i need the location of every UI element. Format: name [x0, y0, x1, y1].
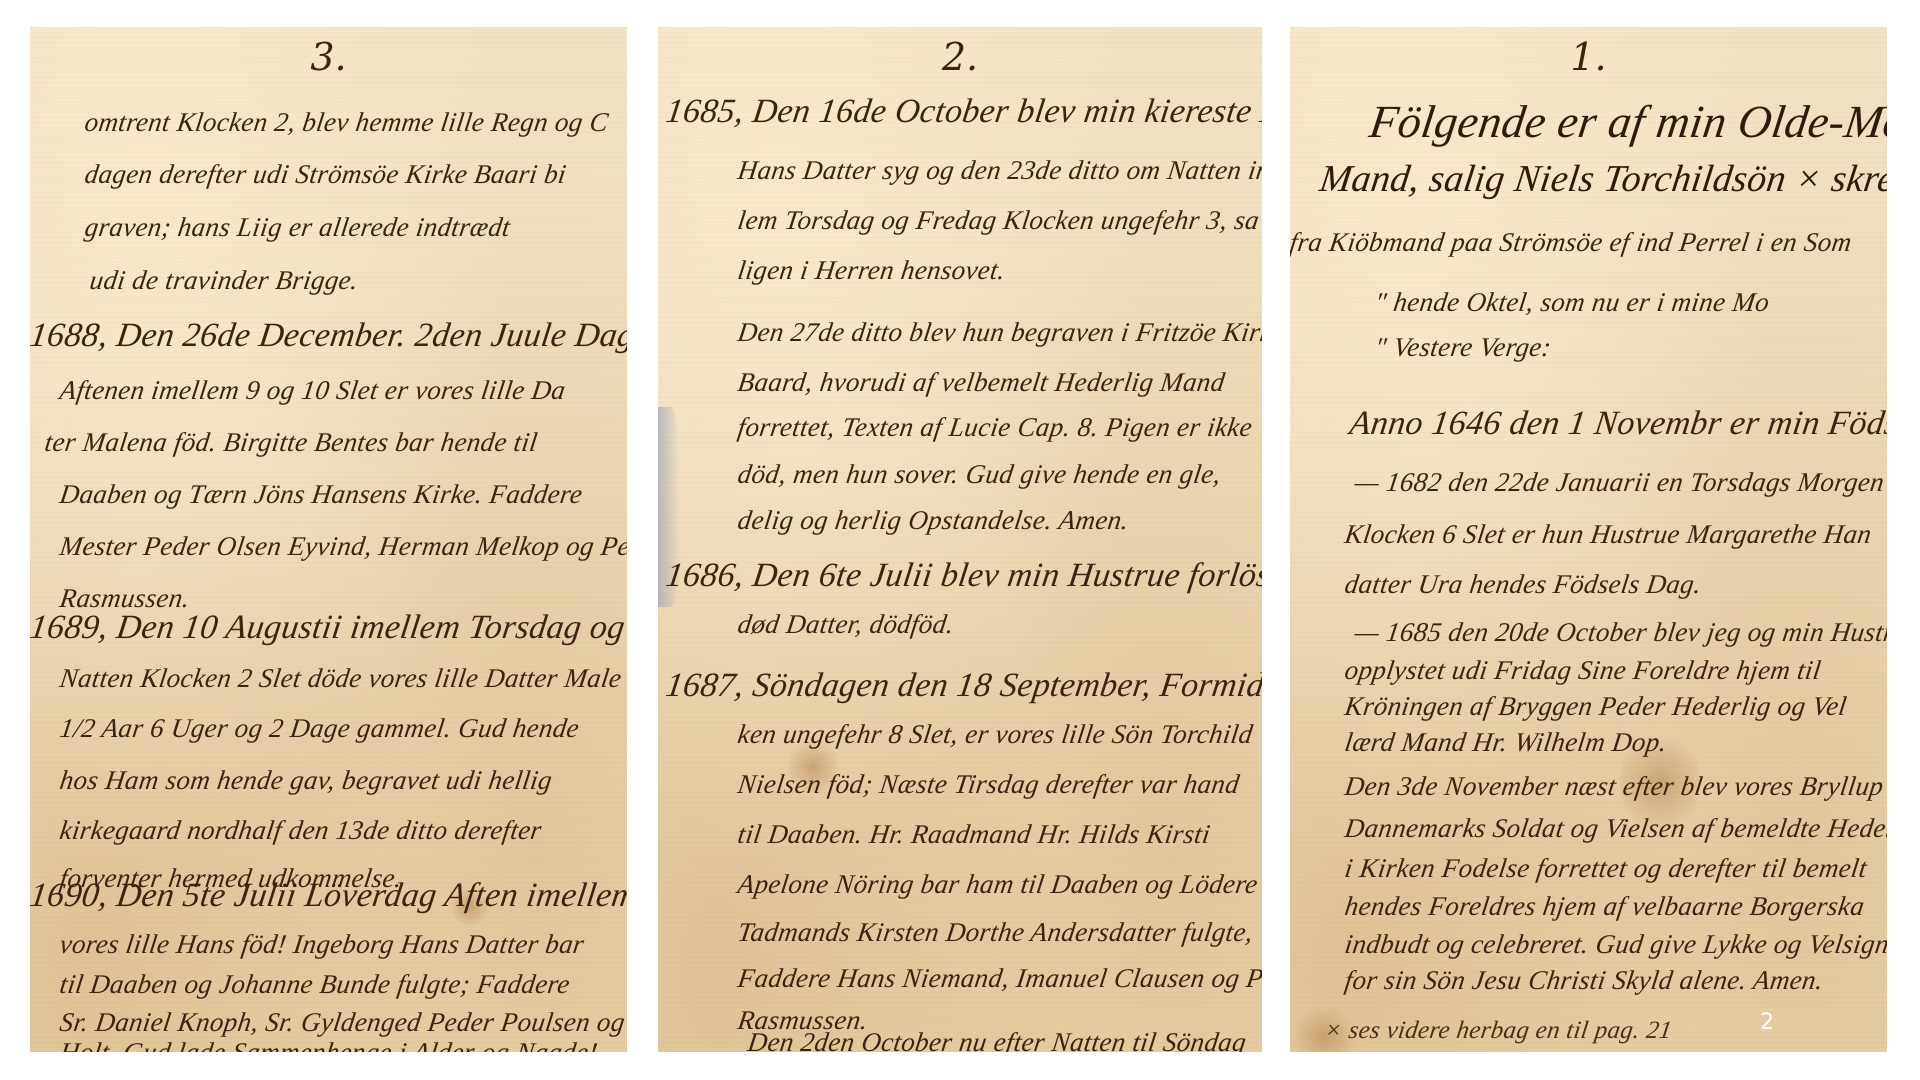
text-line: Hans Datter syg og den 23de ditto om Nat…	[736, 155, 1262, 186]
entry-1690: 1690, Den 5te Julii Löverdag Aften imell…	[30, 877, 627, 915]
image-index-marker: 2	[1760, 1010, 1774, 1035]
text-line: Tadmands Kirsten Dorthe Andersdatter ful…	[736, 917, 1255, 948]
text-line: Faddere Hans Niemand, Imanuel Clausen og…	[736, 963, 1262, 994]
entry-1685: — 1685 den 20de October blev jeg og min …	[1353, 617, 1887, 648]
manuscript-page-3: 3. omtrent Klocken 2, blev hemme lille R…	[30, 27, 627, 1052]
text-line: Holt. Gud lade Sammenhenge i Alder og Na…	[58, 1037, 600, 1052]
text-line: indbudt og celebreret. Gud give Lykke og…	[1343, 929, 1887, 960]
text-line: död, men hun sover. Gud give hende en gl…	[736, 459, 1223, 490]
text-line: omtrent Klocken 2, blev hemme lille Regn…	[83, 107, 610, 138]
entry-1646: Anno 1646 den 1 Novembr er min Födsels-D…	[1347, 405, 1887, 443]
text-line: 1/2 Aar 6 Uger og 2 Dage gammel. Gud hen…	[58, 713, 581, 744]
manuscript-text: omtrent Klocken 2, blev hemme lille Regn…	[30, 27, 627, 1052]
text-line: forrettet, Texten af Lucie Cap. 8. Pigen…	[736, 412, 1254, 443]
text-line: dagen derefter udi Strömsöe Kirke Baari …	[83, 159, 568, 190]
entry-1689: 1689, Den 10 Augustii imellem Torsdag og…	[30, 609, 627, 647]
text-line: udi de travinder Brigge.	[88, 265, 361, 296]
text-line: Kröningen af Bryggen Peder Hederlig og V…	[1343, 691, 1849, 722]
text-line-continuation: Den 2den October nu efter Natten til Sön…	[746, 1027, 1248, 1052]
title-heading: Fölgende er af min Olde-Moder	[1366, 95, 1887, 148]
text-line: Den 27de ditto blev hun begraven i Fritz…	[736, 317, 1262, 348]
text-line: Nielsen föd; Næste Tirsdag derefter var …	[736, 769, 1242, 800]
entry-1687: 1687, Söndagen den 18 September, Formidd…	[663, 667, 1262, 705]
entry-1685: 1685, Den 16de October blev min kiereste…	[663, 93, 1262, 131]
footnote: × ses videre herbag en til pag. 21	[1323, 1017, 1674, 1045]
text-line: Apelone Nöring bar ham til Daaben og Löd…	[736, 869, 1260, 900]
text-line: Sr. Daniel Knoph, Sr. Gyldenged Peder Po…	[58, 1007, 627, 1038]
text-line: Aftenen imellem 9 og 10 Slet er vores li…	[58, 375, 568, 406]
entry-1688: 1688, Den 26de December. 2den Juule Dag …	[30, 317, 627, 355]
text-line: til Daaben. Hr. Raadmand Hr. Hilds Kirst…	[736, 819, 1212, 850]
entry-1682: — 1682 den 22de Januarii en Torsdags Mor…	[1353, 467, 1887, 498]
text-line: hos Ham som hende gav, begravet udi hell…	[58, 765, 554, 796]
text-line: Daaben og Tærn Jöns Hansens Kirke. Fadde…	[58, 479, 585, 510]
text-line: Mester Peder Olsen Eyvind, Herman Melkop…	[58, 531, 627, 562]
text-line: vores lille Hans föd! Ingeborg Hans Datt…	[58, 929, 586, 960]
manuscript-page-1: 1. Fölgende er af min Olde-Moder Mand, s…	[1290, 27, 1887, 1052]
text-line: lem Torsdag og Fredag Klocken ungefehr 3…	[736, 205, 1262, 236]
text-line: ter Malena föd. Birgitte Bentes bar hend…	[43, 427, 540, 458]
subtitle-line: Mand, salig Niels Torchildsön × skrevet …	[1317, 157, 1887, 201]
text-line: for sin Sön Jesu Christi Skyld alene. Am…	[1343, 965, 1825, 996]
text-line: Natten Klocken 2 Slet döde vores lille D…	[58, 663, 624, 694]
text-line: graven; hans Liig er allerede indtrædt	[83, 212, 512, 243]
text-line: Dannemarks Soldat og Vielsen af bemeldte…	[1343, 813, 1887, 844]
text-line: lærd Mand Hr. Wilhelm Dop.	[1343, 727, 1669, 758]
entry-1686: 1686, Den 6te Julii blev min Hustrue for…	[663, 557, 1262, 595]
text-line: delig og herlig Opstandelse. Amen.	[736, 505, 1131, 536]
text-line: hendes Foreldres hjem af velbaarne Borge…	[1343, 891, 1867, 922]
manuscript-page-2: 2. 1685, Den 16de October blev min kiere…	[658, 27, 1262, 1052]
text-line: opplystet udi Fridag Sine Foreldre hjem …	[1343, 655, 1823, 686]
text-line: fra Kiöbmand paa Strömsöe ef ind Perrel …	[1290, 227, 1854, 258]
text-line: til Daaben og Johanne Bunde fulgte; Fadd…	[58, 969, 572, 1000]
text-line: i Kirken Fodelse forrettet og derefter t…	[1343, 853, 1869, 884]
text-line: datter Ura hendes Födsels Dag.	[1343, 569, 1704, 600]
text-line: " hende Oktel, som nu er i mine Mo	[1373, 287, 1772, 318]
manuscript-text: Fölgende er af min Olde-Moder Mand, sali…	[1290, 27, 1887, 1052]
text-line: " Vestere Verge:	[1373, 332, 1553, 363]
text-line: Den 3de November næst efter blev vores B…	[1343, 771, 1886, 802]
manuscript-text: 1685, Den 16de October blev min kiereste…	[658, 27, 1262, 1052]
text-line: død Datter, dödföd.	[736, 609, 956, 640]
text-line: ken ungefehr 8 Slet, er vores lille Sön …	[736, 719, 1255, 750]
text-line: ligen i Herren hensovet.	[736, 255, 1007, 286]
text-line: Baard, hvorudi af velbemelt Hederlig Man…	[736, 367, 1227, 398]
text-line: Klocken 6 Slet er hun Hustrue Margarethe…	[1343, 519, 1874, 550]
text-line: kirkegaard nordhalf den 13de ditto deref…	[58, 815, 544, 846]
